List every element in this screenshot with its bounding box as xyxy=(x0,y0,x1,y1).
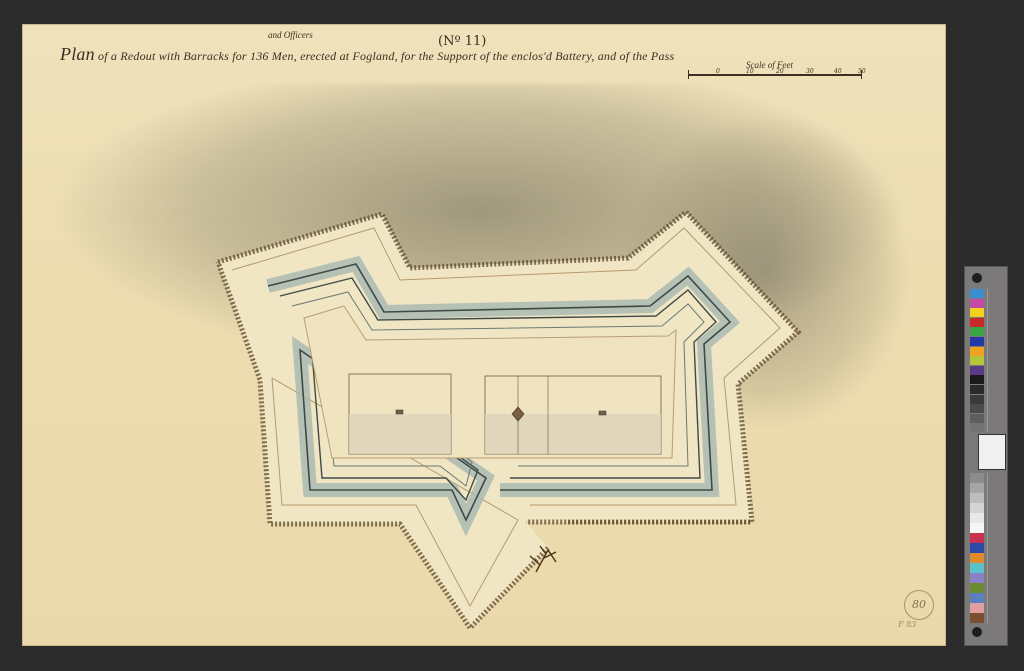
swatch-code xyxy=(987,414,1002,423)
swatch-code xyxy=(987,404,1002,413)
swatch-code xyxy=(987,583,1002,593)
color-swatch xyxy=(970,493,984,503)
color-swatch xyxy=(970,593,984,603)
swatch-code xyxy=(987,327,1002,336)
color-swatch xyxy=(970,337,984,346)
swatch-code xyxy=(987,395,1002,404)
swatch-code xyxy=(987,385,1002,394)
swatch-code xyxy=(987,563,1002,573)
swatch-code xyxy=(987,337,1002,346)
swatch-code xyxy=(987,347,1002,356)
swatch-code xyxy=(987,573,1002,583)
color-swatch xyxy=(970,299,984,308)
color-swatch xyxy=(970,385,984,394)
color-swatch xyxy=(970,395,984,404)
swatch-code xyxy=(987,503,1002,513)
chimney-icon xyxy=(396,410,403,414)
swatch-code xyxy=(987,513,1002,523)
swatch-code xyxy=(987,356,1002,365)
color-swatch xyxy=(970,543,984,553)
archive-stamp: 80 xyxy=(904,590,934,620)
chart-label-box xyxy=(978,434,1006,470)
swatch-code xyxy=(987,523,1002,533)
color-calibration-chart xyxy=(964,266,1008,646)
barracks-right xyxy=(485,376,661,454)
chart-hole-icon xyxy=(972,627,982,637)
swatch-code xyxy=(987,533,1002,543)
color-swatch xyxy=(970,503,984,513)
color-swatch xyxy=(970,318,984,327)
redoubt-plan xyxy=(0,0,1024,671)
swatch-code xyxy=(987,289,1002,298)
swatch-code xyxy=(987,318,1002,327)
color-swatch xyxy=(970,553,984,563)
color-swatch xyxy=(970,473,984,483)
color-swatch xyxy=(970,513,984,523)
color-swatch xyxy=(970,523,984,533)
swatch-code xyxy=(987,483,1002,493)
color-swatch xyxy=(970,356,984,365)
swatch-code xyxy=(987,473,1002,483)
color-swatch xyxy=(970,613,984,623)
swatch-code xyxy=(987,366,1002,375)
swatch-code xyxy=(987,593,1002,603)
color-swatch xyxy=(970,583,984,593)
color-swatch xyxy=(970,289,984,298)
swatch-code xyxy=(987,613,1002,623)
color-swatch xyxy=(970,347,984,356)
swatch-code xyxy=(987,603,1002,613)
chart-hole-icon xyxy=(972,273,982,283)
pencil-note: F 83 xyxy=(898,620,916,629)
swatch-code xyxy=(987,553,1002,563)
color-swatch xyxy=(970,603,984,613)
color-swatch xyxy=(970,563,984,573)
color-swatch xyxy=(970,423,984,432)
swatch-code xyxy=(987,493,1002,503)
color-swatch xyxy=(970,404,984,413)
chimney-icon xyxy=(599,411,606,415)
color-swatch xyxy=(970,366,984,375)
color-swatch xyxy=(970,573,984,583)
swatch-code xyxy=(987,423,1002,432)
color-swatch xyxy=(970,533,984,543)
swatch-code xyxy=(987,375,1002,384)
swatch-code xyxy=(987,308,1002,317)
color-swatch xyxy=(970,483,984,493)
color-swatch xyxy=(970,414,984,423)
swatch-code xyxy=(987,543,1002,553)
swatch-code xyxy=(987,299,1002,308)
color-swatch xyxy=(970,375,984,384)
color-swatch xyxy=(970,308,984,317)
barracks-left xyxy=(349,374,451,454)
color-swatch xyxy=(970,327,984,336)
